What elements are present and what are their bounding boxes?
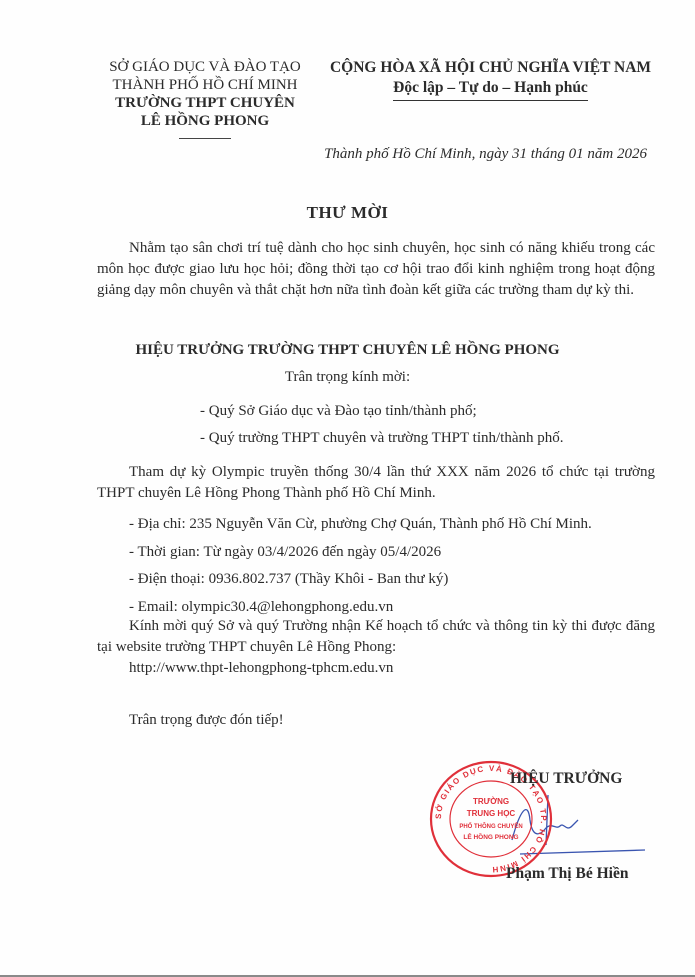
svg-text:LÊ HỒNG PHONG: LÊ HỒNG PHONG [463, 831, 518, 841]
agency-line-1: SỞ GIÁO DỤC VÀ ĐÀO TẠO [80, 58, 330, 76]
principal-line: HIỆU TRƯỞNG TRƯỜNG THPT CHUYÊN LÊ HỒNG P… [0, 342, 695, 359]
greeting: Trân trọng kính mời: [0, 369, 695, 386]
national-header: CỘNG HÒA XÃ HỘI CHỦ NGHĨA VIỆT NAM Độc l… [318, 58, 663, 101]
nation-name: CỘNG HÒA XÃ HỘI CHỦ NGHĨA VIỆT NAM [318, 58, 663, 78]
plan-paragraph: Kính mời quý Sở và quý Trường nhận Kế ho… [97, 616, 655, 658]
school-name-line-1: TRƯỜNG THPT CHUYÊN [80, 94, 330, 112]
event-paragraph: Tham dự kỳ Olympic truyền thống 30/4 lần… [97, 462, 655, 504]
issuing-agency-header: SỞ GIÁO DỤC VÀ ĐÀO TẠO THÀNH PHỐ HỒ CHÍ … [80, 58, 330, 139]
date-line: Thành phố Hồ Chí Minh, ngày 31 tháng 01 … [324, 146, 647, 163]
website-url: http://www.thpt-lehongphong-tphcm.edu.vn [129, 660, 393, 677]
svg-text:PHỔ THÔNG CHUYÊN: PHỔ THÔNG CHUYÊN [459, 822, 522, 830]
document-page: SỞ GIÁO DỤC VÀ ĐÀO TẠO THÀNH PHỐ HỒ CHÍ … [0, 0, 695, 975]
phone-line: - Điện thoại: 0936.802.737 (Thầy Khôi - … [129, 566, 592, 594]
intro-paragraph: Nhằm tạo sân chơi trí tuệ dành cho học s… [97, 238, 655, 301]
closing-line: Trân trọng được đón tiếp! [129, 712, 284, 729]
signatory-title: HIỆU TRƯỞNG [510, 770, 622, 788]
school-name-line-2: LÊ HỒNG PHONG [80, 112, 330, 130]
recipient-item: - Quý Sở Giáo dục và Đào tạo tỉnh/thành … [200, 398, 564, 425]
national-motto: Độc lập – Tự do – Hạnh phúc [393, 78, 588, 101]
svg-text:TRUNG HỌC: TRUNG HỌC [467, 809, 516, 818]
agency-line-2: THÀNH PHỐ HỒ CHÍ MINH [80, 76, 330, 94]
header-divider [179, 138, 231, 139]
signatory-name: Phạm Thị Bé Hiền [506, 865, 628, 883]
time-line: - Thời gian: Từ ngày 03/4/2026 đến ngày … [129, 539, 592, 567]
recipient-list: - Quý Sở Giáo dục và Đào tạo tỉnh/thành … [200, 398, 564, 452]
event-details: - Địa chỉ: 235 Nguyễn Văn Cừ, phường Chợ… [129, 511, 592, 621]
address-line: - Địa chỉ: 235 Nguyễn Văn Cừ, phường Chợ… [129, 511, 592, 539]
svg-text:TRƯỜNG: TRƯỜNG [473, 797, 509, 806]
document-title: THƯ MỜI [0, 203, 695, 223]
recipient-item: - Quý trường THPT chuyên và trường THPT … [200, 425, 564, 452]
